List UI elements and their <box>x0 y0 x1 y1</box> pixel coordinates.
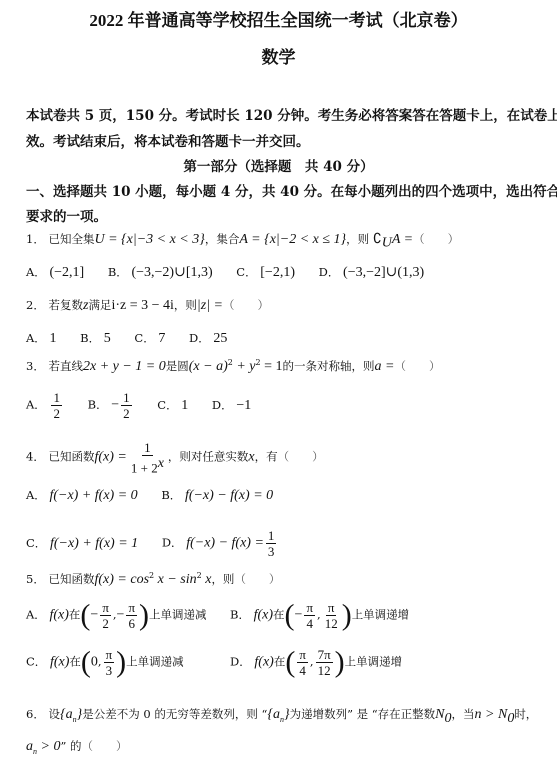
option-b: B． (−3,−2)∪[1,3) <box>108 264 213 281</box>
math-expression: 2x + y − 1 = 0 <box>83 359 166 374</box>
question-4-options-row-1: A． f(−x) + f(x) = 0 B． f(−x) − f(x) = 0 <box>26 487 293 504</box>
question-text: 若复数 <box>48 298 83 312</box>
question-text: ，则 <box>346 232 369 246</box>
question-text: 已知函数 <box>48 572 94 586</box>
question-text: 为递增数列” 是 “存在正整数 <box>290 707 436 721</box>
answer-blank: （ ） <box>394 359 440 373</box>
option-c: C． 1 <box>157 397 188 414</box>
question-text: ，则 <box>174 298 197 312</box>
question-text: 已知全集 <box>48 232 94 246</box>
math-expression: (x − a) <box>189 359 228 374</box>
answer-blank: （ ） <box>278 450 324 464</box>
question-1-options: A． (−2,1] B． (−3,−2)∪[1,3) C． [−2,1) D． … <box>26 264 444 281</box>
question-5-option-a: A． f(x)在(−π2,−π6)上单调递减 <box>26 600 207 631</box>
question-4-options-row-2: C． f(−x) + f(x) = 1 D． f(−x) − f(x) =13 <box>26 528 298 559</box>
instructions-line-2: 效。考试结束后，将本试卷和答题卡一并交回。 <box>26 130 310 150</box>
math-expression: |z| = <box>197 298 223 313</box>
section-desc-line-2: 要求的一项。 <box>26 205 107 225</box>
option-d: D． 25 <box>189 330 227 347</box>
question-number: 2． <box>26 298 45 312</box>
instructions-line-1: 本试卷共 5 页，150 分。考试时长 120 分钟。考生务必将答案答在答题卡上… <box>26 104 557 124</box>
answer-blank: （ ） <box>82 739 128 753</box>
option-a: A． (−2,1] <box>26 264 84 281</box>
math-subscript: U <box>382 235 392 250</box>
question-text: ，集合 <box>205 232 240 246</box>
question-5-option-b: B． f(x)在(−π4,π12)上单调递增 <box>230 600 409 631</box>
question-3-options: A． 12 B． −12 C． 1 D． −1 <box>26 390 271 421</box>
question-5-option-c: C． f(x)在(0,π3)上单调递减 <box>26 647 184 678</box>
option-a: A． 12 <box>26 390 64 421</box>
option-c: C． f(−x) + f(x) = 1 <box>26 535 138 552</box>
question-2: 2． 若复数z满足i·z = 3 − 4i，则|z| =（ ） <box>26 297 269 314</box>
question-6: 6． 设{an}是公差不为 0 的无穷等差数列，则 “{an}为递增数列” 是 … <box>26 706 537 727</box>
question-text: ，则 <box>211 572 234 586</box>
question-1: 1． 已知全集U = {x|−3 < x < 3}，集合A = {x|−2 < … <box>26 231 459 251</box>
question-6-line-2: an > 0” 的（ ） <box>26 738 128 756</box>
question-5: 5． 已知函数f(x) = cos2 x − sin2 x，则（ ） <box>26 571 280 588</box>
option-b: B． f(−x) − f(x) = 0 <box>161 487 273 504</box>
option-b: B． 5 <box>80 330 111 347</box>
option-a: A． f(−x) + f(x) = 0 <box>26 487 138 504</box>
exam-title: 2022 年普通高等学校招生全国统一考试（北京卷） <box>0 6 557 31</box>
question-5-option-d: D． f(x)在(π4,7π12)上单调递增 <box>230 647 402 678</box>
question-number: 1． <box>26 232 45 246</box>
question-text: 是公差不为 0 的无穷等差数列，则 “ <box>82 707 267 721</box>
question-text: 是圆 <box>166 359 189 373</box>
question-number: 6． <box>26 707 45 721</box>
question-text: 若直线 <box>48 359 83 373</box>
math-expression: A = <box>392 232 413 247</box>
option-b: B． −12 <box>88 390 134 421</box>
math-expression: f(x) = <box>94 450 126 465</box>
option-a: A． 1 <box>26 330 56 347</box>
question-text: 时， <box>514 707 537 721</box>
question-3: 3． 若直线2x + y − 1 = 0是圆(x − a)2 + y2 = 1的… <box>26 358 440 375</box>
question-text: ，有 <box>255 450 278 464</box>
complement-symbol: ∁ <box>373 232 382 247</box>
question-text: ，当 <box>452 707 475 721</box>
math-expression: = 1 <box>261 359 283 374</box>
option-c: C． 7 <box>134 330 165 347</box>
math-expression: A = {x|−2 < x ≤ 1} <box>239 232 346 247</box>
question-text: 设 <box>48 707 60 721</box>
question-number: 3． <box>26 359 45 373</box>
section-title: 第一部分（选择题 共 40 分） <box>0 155 557 175</box>
question-text: 已知函数 <box>48 450 94 464</box>
option-d: D． f(−x) − f(x) =13 <box>162 528 279 559</box>
question-text: ” 的 <box>60 739 81 753</box>
question-number: 4． <box>26 450 45 464</box>
math-expression: + y <box>233 359 256 374</box>
option-c: C． [−2,1) <box>236 264 295 281</box>
subject-title: 数学 <box>0 43 557 68</box>
math-expression: a = <box>375 359 395 374</box>
option-d: D． (−3,−2]∪(1,3) <box>319 264 425 281</box>
option-d: D． −1 <box>212 397 251 414</box>
section-desc-line-1: 一、选择题共 10 小题，每小题 4 分，共 40 分。在每小题列出的四个选项中… <box>26 180 557 200</box>
answer-blank: （ ） <box>223 298 269 312</box>
question-text: ，则对任意实数 <box>168 450 249 464</box>
math-expression: f(x) = cos <box>94 572 149 587</box>
math-expression: i·z = 3 − 4i <box>111 298 173 313</box>
question-4: 4． 已知函数f(x) =11 + 2x，则对任意实数x，有（ ） <box>26 440 324 475</box>
question-2-options: A． 1 B． 5 C． 7 D． 25 <box>26 330 247 347</box>
math-expression: U = {x|−3 < x < 3} <box>94 232 204 247</box>
question-number: 5． <box>26 572 45 586</box>
question-text: 满足 <box>88 298 111 312</box>
question-text: 的一条对称轴，则 <box>283 359 375 373</box>
answer-blank: （ ） <box>234 572 280 586</box>
answer-blank: （ ） <box>413 232 459 246</box>
